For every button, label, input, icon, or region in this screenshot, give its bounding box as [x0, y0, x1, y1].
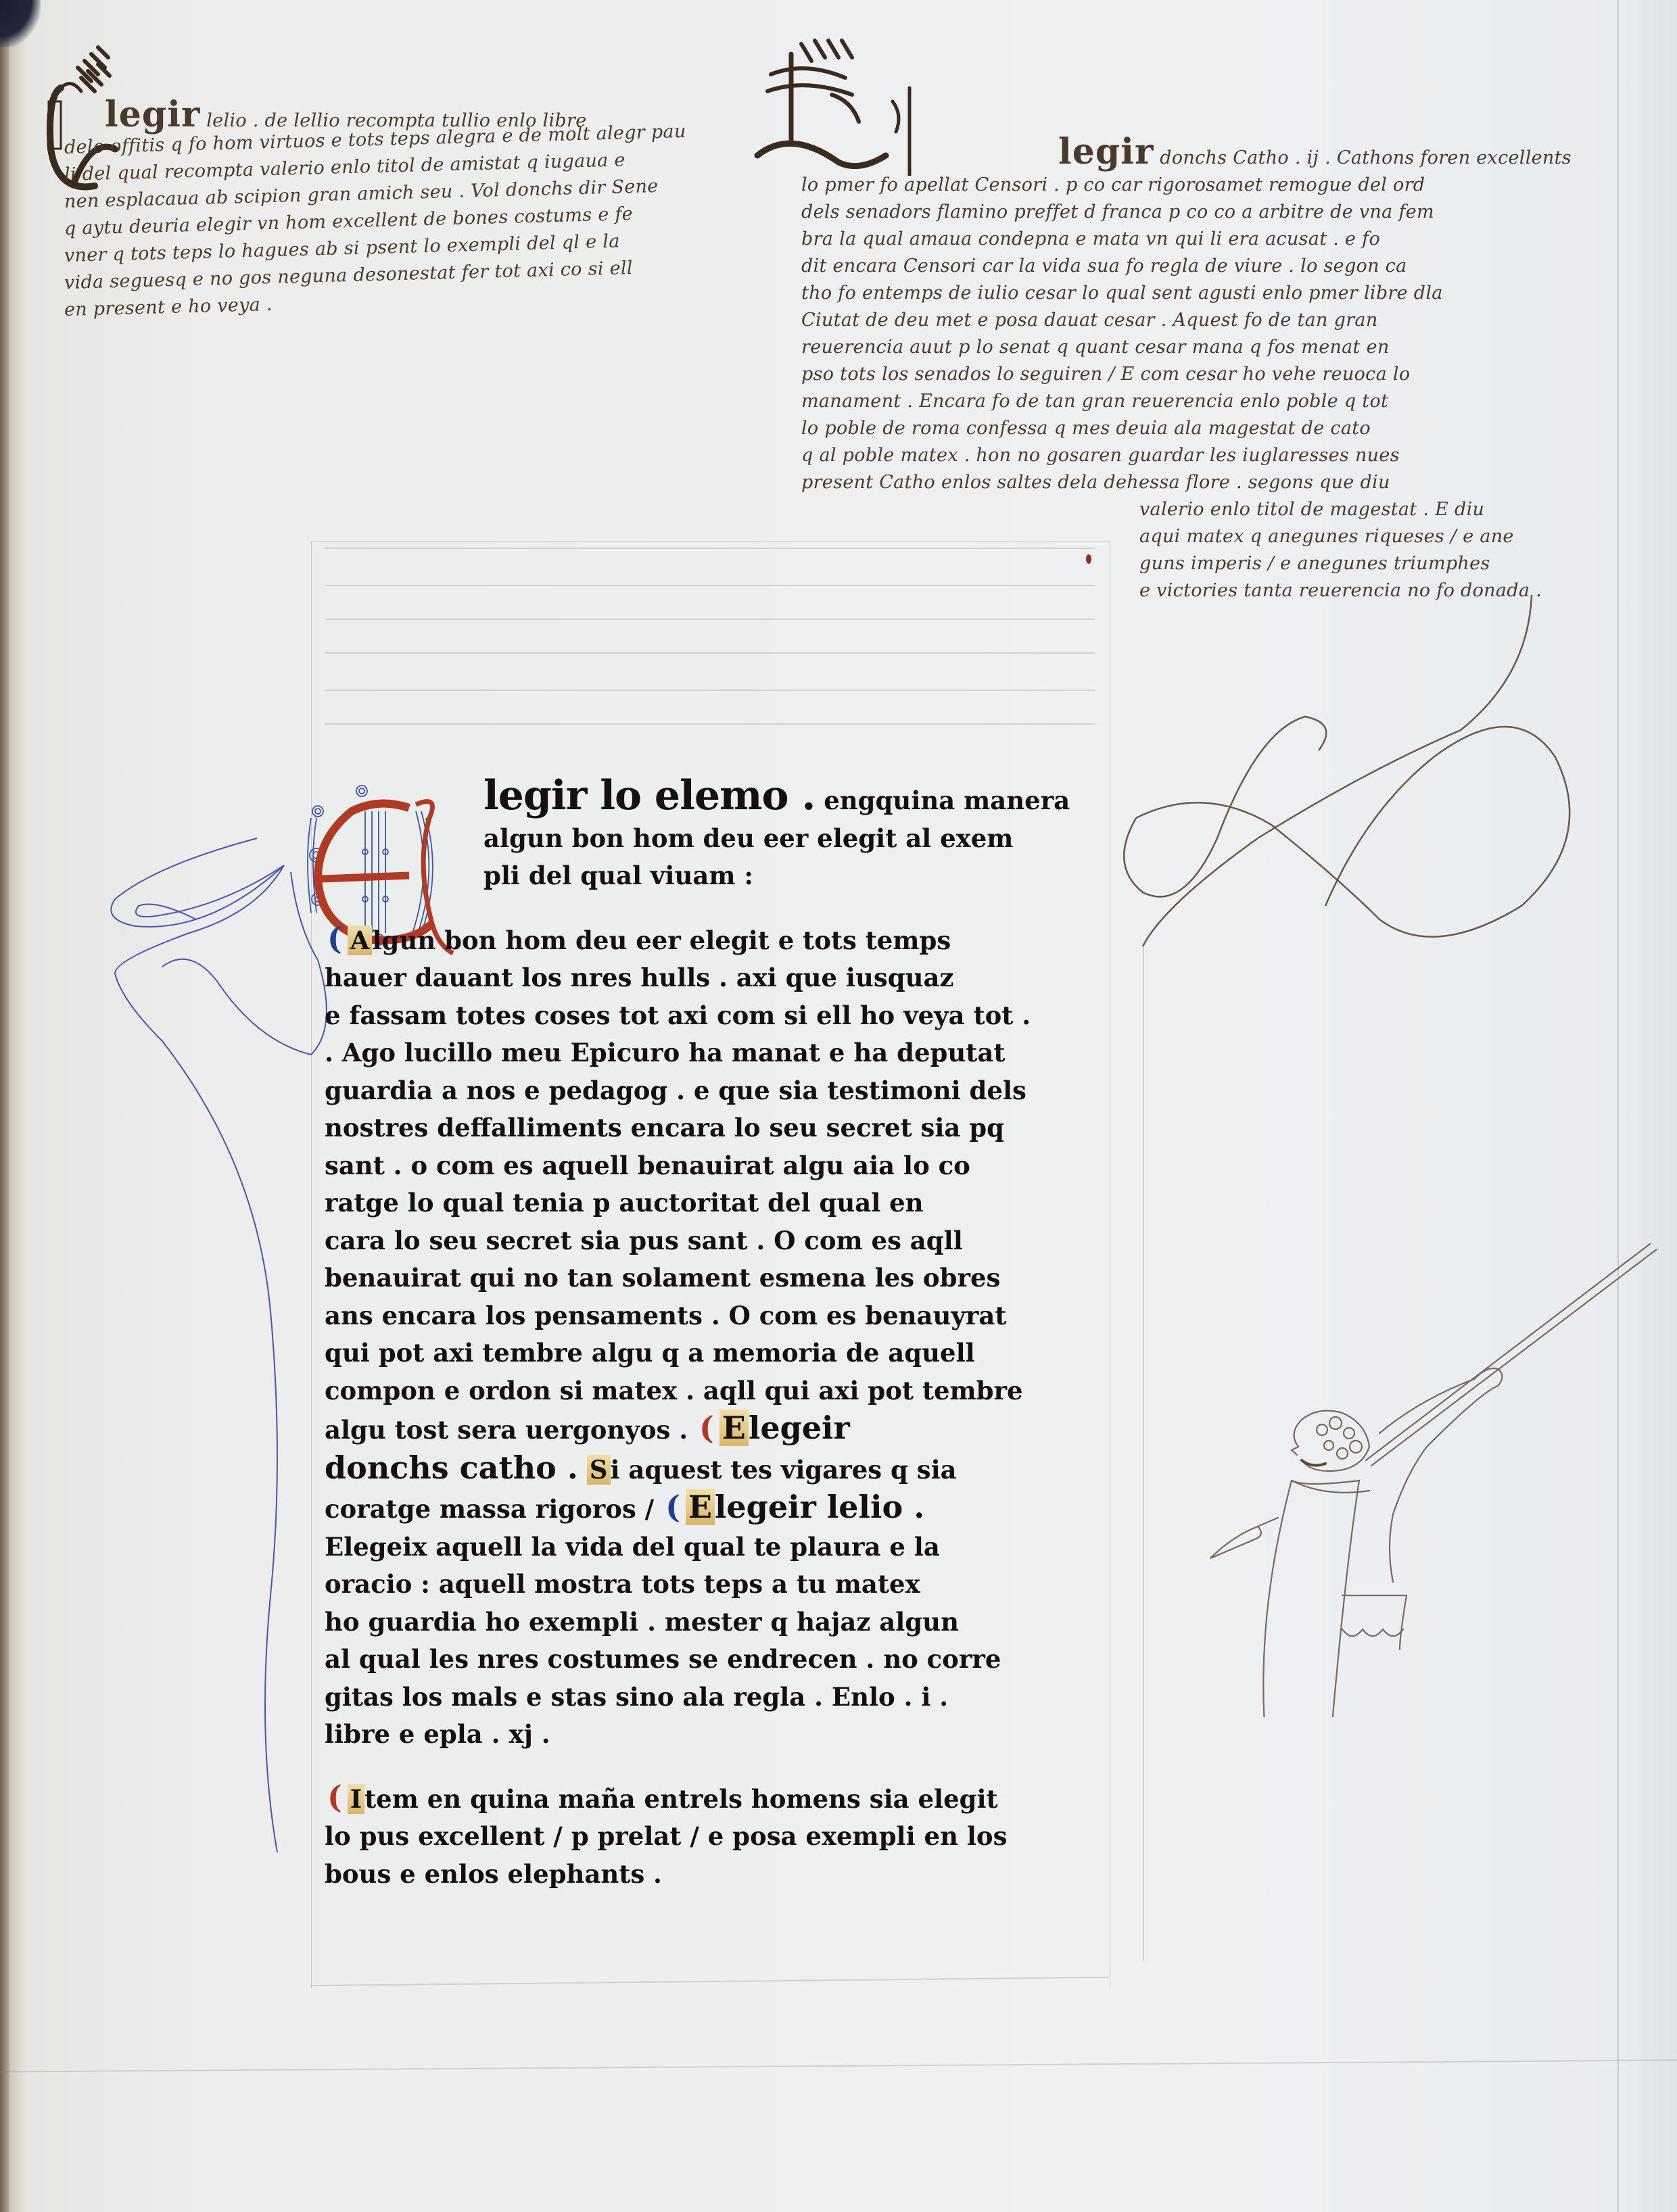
text-line: guardia a nos e pedagog . e que sia test… [325, 1072, 1109, 1110]
lombard-initial-red: ( [696, 1412, 717, 1443]
gloss-line: bra la qual amaua condepna e mata vn qui… [801, 226, 1633, 253]
gloss-line: pso tots los senados lo seguiren / E com… [801, 361, 1633, 388]
paragraph-initial: A [348, 925, 373, 955]
text-line: lgun bon hom deu eer elegit e tots temps [372, 925, 951, 955]
text-line: compon e ordon si matex . aqll qui axi p… [325, 1372, 1109, 1410]
lombard-initial-blue: ( [663, 1491, 683, 1522]
text-line: oracio : aquell mostra tots teps a tu ma… [325, 1566, 1109, 1604]
gloss-line: reuerencia auut p lo senat q quant cesar… [801, 334, 1633, 361]
text-line: al qual les nres costumes se endrecen . … [325, 1641, 1109, 1679]
text-line: nostres deffalliments encara lo seu secr… [325, 1109, 1109, 1147]
gloss-line: aqui matex q anegunes riqueses / e ane [801, 523, 1633, 550]
gloss-line: q al poble matex . hon no gosaren guarda… [801, 442, 1633, 469]
gloss-line: present Catho enlos saltes dela dehessa … [801, 469, 1633, 496]
sub-heading-initial: E [719, 1410, 749, 1446]
text-line: cara lo seu secret sia pus sant . O com … [325, 1222, 1109, 1260]
rubric-title: legir lo elemo . [483, 772, 815, 819]
text-line: ans encara los pensaments . O com es ben… [325, 1297, 1109, 1335]
text-line: ratge lo qual tenia p auctoritat del qua… [325, 1184, 1109, 1222]
text-line: algu tost sera uergonyos . [325, 1415, 688, 1445]
text-line: hauer dauant los nres hulls . axi que iu… [325, 959, 1109, 997]
heading-line: engquina manera [824, 786, 1070, 815]
text-line: sant . o com es aquell benauirat algu ai… [325, 1147, 1109, 1185]
marginal-drawing-spearman [1190, 1230, 1663, 1717]
text-line: lo pus excellent / p prelat / e posa exe… [325, 1818, 1109, 1856]
text-line: benauirat qui no tan solament esmena les… [325, 1259, 1109, 1297]
pen-flourish-right [1082, 595, 1657, 946]
page-edge [0, 0, 9, 2212]
paragraph-initial: I [348, 1784, 364, 1814]
heading-line: algun bon hom deu eer elegit al exem [325, 820, 1109, 858]
heading-line: pli del qual viuam : [325, 857, 1109, 895]
gloss-line: dit encara Censori car la vida sua fo re… [801, 253, 1633, 280]
text-line: e fassam totes coses tot axi com si ell … [325, 997, 1109, 1035]
ruling-line [325, 723, 1095, 725]
text-line: bous e enlos elephants . [325, 1856, 1109, 1894]
text-line: . Ago lucillo meu Epicuro ha manat e ha … [325, 1034, 1109, 1072]
gloss-line: donchs Catho . ij . Cathons foren excell… [1160, 147, 1572, 168]
paragraph-initial: S [587, 1455, 611, 1485]
gloss-right: legir donchs Catho . ij . Cathons foren … [801, 139, 1633, 604]
gloss-line: manament . Encara fo de tan gran reueren… [801, 388, 1633, 415]
sub-heading: donchs catho . [325, 1449, 578, 1486]
ruling-line [325, 652, 1095, 654]
main-text-block: legir lo elemo . engquina manera algun b… [325, 777, 1109, 1893]
paragraph-1: (Algun bon hom deu eer elegit e tots tem… [325, 922, 1109, 1754]
text-line: Elegeix aquell la vida del qual te plaur… [325, 1529, 1109, 1566]
sub-heading-initial: E [686, 1489, 715, 1525]
margin-rule [1143, 946, 1144, 1961]
gloss-right-lead-word: legir [1058, 131, 1154, 172]
text-line: ho guardia ho exempli . mester q hajaz a… [325, 1604, 1109, 1641]
ruling-line [325, 619, 1095, 620]
bottom-ruling [0, 2059, 1677, 2072]
gloss-line: tho fo entemps de iulio cesar lo qual se… [801, 280, 1633, 307]
gloss-line: valerio enlo titol de magestat . E diu [801, 496, 1633, 523]
sub-heading: legeir [749, 1410, 850, 1446]
text-line: gitas los mals e stas sino ala regla . E… [325, 1679, 1109, 1716]
ruling-line [325, 690, 1095, 691]
gloss-line: guns imperis / e anegunes triumphes [801, 550, 1633, 577]
pen-flourish-left [54, 825, 338, 1879]
gloss-line: lo pmer fo apellat Censori . p co car ri… [801, 172, 1633, 199]
gloss-line: dels senadors flamino preffet d franca p… [801, 199, 1633, 226]
text-line: i aquest tes vigares q sia [611, 1455, 957, 1485]
text-line: libre e epla . xj . [325, 1716, 1109, 1754]
gloss-line: Ciutat de deu met e posa dauat cesar . A… [801, 307, 1633, 334]
gloss-left-lead-word: legir [105, 94, 200, 135]
gloss-line: lo poble de roma confessa q mes deuia al… [801, 415, 1633, 442]
lombard-initial-blue: ( [325, 923, 345, 954]
text-line: coratge massa rigoros / [325, 1494, 654, 1524]
text-line: tem en quina maña entrels homens sia ele… [364, 1784, 998, 1814]
sub-heading: legeir lelio . [715, 1489, 924, 1525]
paragraph-3: (Item en quina maña entrels homens sia e… [325, 1781, 1109, 1894]
text-line: qui pot axi tembre algu q a memoria de a… [325, 1335, 1109, 1372]
gloss-left: legir lelio . de lellio recompta tullio … [64, 101, 727, 324]
lombard-initial-red: ( [325, 1781, 345, 1812]
